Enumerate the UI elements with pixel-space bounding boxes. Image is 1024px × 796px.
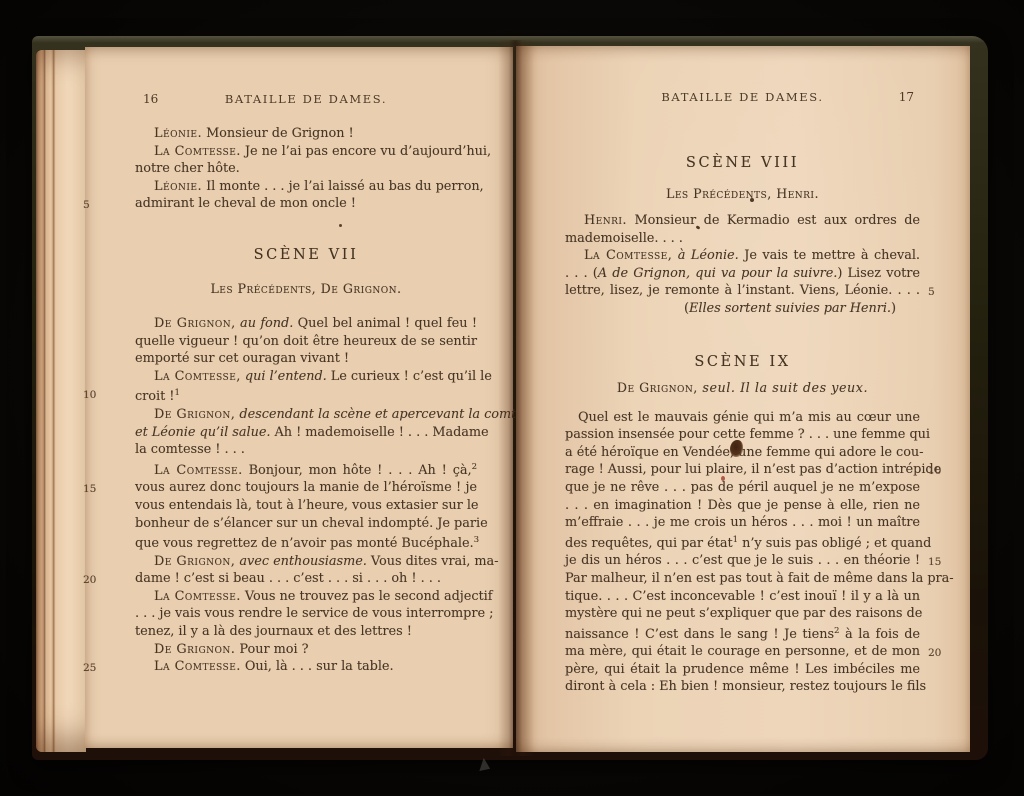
cast-list: Les Précédents, De Grignon. (135, 280, 477, 297)
text-line: que je ne rêve . . . pas de péril auquel… (565, 479, 920, 497)
text-run: Je vais te mettre à cheval. (739, 248, 920, 263)
text-line: La Comtesse. Bonjour, mon hôte ! . . . A… (135, 459, 477, 480)
text-line: tenez, il y a là des journaux et des let… (135, 623, 477, 641)
spacer (565, 202, 920, 212)
text-run: au fond. (236, 316, 294, 331)
text-run: a été héroïque en Vendée, une femme qui … (565, 445, 924, 460)
text-run: Je ne l’ai pas encore vu d’aujourd’hui, (241, 144, 491, 159)
text-line: quelle vigueur ! qu’on doit être heureux… (135, 333, 477, 351)
spacer (565, 173, 920, 185)
text-line: 5admirant le cheval de mon oncle ! (135, 195, 477, 213)
print-spot (339, 224, 342, 227)
spacer (565, 396, 920, 409)
line-number: 15 (928, 554, 962, 572)
text-run: . . . ( (565, 266, 598, 281)
text-run: père, qui était la prudence même ! Les i… (565, 662, 920, 677)
text-run: Les Précédents, De Grignon. (210, 281, 401, 296)
scene-heading: SCÈNE IX (565, 352, 920, 372)
left-page-body: Léonie. Monsieur de Grignon !La Comtesse… (135, 125, 477, 676)
line-number: 20 (928, 645, 962, 663)
line-number: 10 (83, 387, 121, 405)
text-run: Henri. (584, 213, 627, 228)
text-run: des requêtes, qui par état (565, 536, 733, 551)
text-run: bonheur de s’élancer sur un cheval indom… (135, 516, 488, 531)
text-run: 3 (474, 535, 479, 545)
running-title-left: BATAILLE DE DAMES. (135, 92, 477, 106)
text-line: La Comtesse, qui l’entend. Le curieux ! … (135, 368, 477, 386)
text-line: De Grignon, descendant la scène et aperc… (135, 406, 477, 424)
text-line: De Grignon, avec enthousiasme. Vous dite… (135, 553, 477, 571)
text-line: 10croit !1 (135, 385, 477, 406)
text-run: SCÈNE VII (254, 247, 359, 263)
text-run: notre cher hôte. (135, 161, 240, 176)
right-page: BATAILLE DE DAMES. 17 SCÈNE VIIILes Préc… (516, 46, 970, 752)
text-line: 15je dis un héros . . . c’est que je le … (565, 552, 920, 570)
text-run: A de Grignon, qui va pour la suivre. (598, 266, 838, 281)
text-run: ma mère, qui était le courage en personn… (565, 644, 920, 659)
text-line: m’effraie . . . je me crois un héros . .… (565, 514, 920, 532)
text-run: ) (891, 301, 896, 316)
text-run: Pour moi ? (235, 642, 308, 657)
text-run: à la fois de (839, 627, 920, 642)
text-run: . . . en imagination ! Dès que je pense … (565, 498, 920, 513)
text-run: Vous dites vrai, ma- (367, 554, 499, 569)
left-page: 16 BATAILLE DE DAMES. Léonie. Monsieur d… (85, 47, 513, 748)
text-run: vous aurez donc toujours la manie de l’h… (135, 480, 477, 495)
text-line: La Comtesse, à Léonie. Je vais te mettre… (565, 247, 920, 265)
text-run: La Comtesse. (154, 589, 241, 604)
text-line: naissance ! C’est dans le sang ! Je tien… (565, 623, 920, 644)
text-line: . . . je vais vous rendre le service de … (135, 605, 477, 623)
text-run: De Grignon, (154, 316, 236, 331)
text-line: (Elles sortent suivies par Henri.) (565, 300, 920, 318)
text-run: Bonjour, mon hôte ! . . . Ah ! çà, (243, 463, 472, 478)
text-line: père, qui était la prudence même ! Les i… (565, 661, 920, 679)
text-run: Quel est le mauvais génie qui m’a mis au… (578, 410, 920, 425)
text-run: et Léonie qu’il salue. (135, 425, 270, 440)
text-line: Henri. Monsieur de Kermadio est aux ordr… (565, 212, 920, 230)
text-run: m’effraie . . . je me crois un héros . .… (565, 515, 920, 530)
page-edge-stack (36, 50, 86, 752)
running-title-right: BATAILLE DE DAMES. (565, 90, 920, 104)
spacer (135, 297, 477, 315)
ink-blot (730, 440, 743, 457)
spacer (135, 265, 477, 280)
text-run: Par malheur, il n’en est pas tout à fait… (565, 571, 954, 586)
text-line: 15vous aurez donc toujours la manie de l… (135, 479, 477, 497)
text-run: De Grignon, (154, 407, 235, 422)
text-line: passion insensée pour cette femme ? . . … (565, 426, 920, 444)
book-photo: 16 BATAILLE DE DAMES. Léonie. Monsieur d… (0, 0, 1024, 796)
line-number: 25 (83, 660, 121, 678)
text-line: 20ma mère, qui était le courage en perso… (565, 643, 920, 661)
text-run: descendant la scène et apercevant la com… (235, 407, 544, 422)
text-line: que vous regrettez de n’avoir pas monté … (135, 532, 477, 553)
text-run: Léonie. (154, 179, 202, 194)
scene-heading: SCÈNE VII (135, 245, 477, 265)
text-run: Elles sortent suivies par Henri. (689, 301, 891, 316)
text-run: seul. Il la suit des yeux. (698, 380, 868, 395)
text-run: qui l’entend. (241, 369, 327, 384)
spacer (135, 213, 477, 245)
scene-heading: SCÈNE VIII (565, 153, 920, 173)
text-run: mystère qui ne peut s’expliquer que par … (565, 606, 922, 621)
text-run: n’y suis pas obligé ; et quand (738, 536, 931, 551)
text-run: que je ne rêve . . . pas de péril auquel… (565, 480, 920, 495)
text-run: Oui, là . . . sur la table. (241, 659, 394, 674)
text-run: diront à cela : Eh bien ! monsieur, rest… (565, 679, 926, 694)
text-run: vous entendais là, tout à l’heure, vous … (135, 498, 478, 513)
text-line: 5lettre, lisez, je remonte à l’instant. … (565, 282, 920, 300)
text-line: diront à cela : Eh bien ! monsieur, rest… (565, 678, 920, 696)
text-run: Les Précédents, Henri. (666, 186, 819, 201)
text-line: des requêtes, qui par état1 n’y suis pas… (565, 532, 920, 553)
text-line: et Léonie qu’il salue. Ah ! mademoiselle… (135, 424, 477, 442)
text-run: De Grignon. (154, 642, 235, 657)
text-line: tique. . . . C’est inconcevable ! c’est … (565, 588, 920, 606)
text-run: lettre, lisez, je remonte à l’instant. V… (565, 283, 920, 298)
text-run: 1 (174, 388, 179, 398)
text-line: De Grignon, au fond. Quel bel animal ! q… (135, 315, 477, 333)
text-run: tenez, il y a là des journaux et des let… (135, 624, 412, 639)
text-line: bonheur de s’élancer sur un cheval indom… (135, 515, 477, 533)
text-run: La Comtesse, (584, 248, 672, 263)
text-run: SCÈNE VIII (686, 155, 799, 171)
text-run: naissance ! C’est dans le sang ! Je tien… (565, 627, 834, 642)
cast-list: Les Précédents, Henri. (565, 185, 920, 202)
text-run: mademoiselle. . . . (565, 231, 683, 246)
text-run: admirant le cheval de mon oncle ! (135, 196, 356, 211)
text-line: 10rage ! Aussi, pour lui plaire, il n’es… (565, 461, 920, 479)
text-line: De Grignon. Pour moi ? (135, 641, 477, 659)
text-run: La Comtesse. (154, 463, 243, 478)
text-run: 2 (472, 462, 477, 472)
text-run: La Comtesse. (154, 144, 241, 159)
text-line: . . . (A de Grignon, qui va pour la suiv… (565, 265, 920, 283)
text-run: croit ! (135, 389, 174, 404)
text-run: Le curieux ! c’est qu’il le (327, 369, 492, 384)
text-run: Il monte . . . je l’ai laissé au bas du … (202, 179, 484, 194)
text-line: Quel est le mauvais génie qui m’a mis au… (565, 409, 920, 427)
text-run: La Comtesse. (154, 659, 241, 674)
text-run: à Léonie. (672, 248, 738, 263)
text-run: rage ! Aussi, pour lui plaire, il n’est … (565, 462, 941, 477)
cradle-mark (477, 757, 490, 771)
text-line: La Comtesse. Vous ne trouvez pas le seco… (135, 588, 477, 606)
text-run: . . . je vais vous rendre le service de … (135, 606, 493, 621)
line-number: 20 (83, 572, 121, 590)
text-run: La Comtesse, (154, 369, 241, 384)
text-run: Quel bel animal ! quel feu ! (293, 316, 477, 331)
text-run: Monsieur de Grignon ! (202, 126, 354, 141)
right-page-body: SCÈNE VIIILes Précédents, Henri.Henri. M… (565, 153, 920, 696)
spacer (565, 372, 920, 379)
text-line: Léonie. Monsieur de Grignon ! (135, 125, 477, 143)
text-run: Vous ne trouvez pas le second adjectif (241, 589, 493, 604)
text-run: SCÈNE IX (694, 354, 790, 370)
text-run: De Grignon, (154, 554, 235, 569)
text-line: vous entendais là, tout à l’heure, vous … (135, 497, 477, 515)
text-run: passion insensée pour cette femme ? . . … (565, 427, 930, 442)
spacer (565, 318, 920, 352)
cast-list: De Grignon, seul. Il la suit des yeux. (565, 379, 920, 396)
text-run: avec enthousiasme. (235, 554, 367, 569)
line-number: 10 (928, 463, 962, 481)
text-line: la comtesse ! . . . (135, 441, 477, 459)
text-line: . . . en imagination ! Dès que je pense … (565, 497, 920, 515)
line-number: 5 (928, 284, 962, 302)
text-line: Par malheur, il n’en est pas tout à fait… (565, 570, 920, 588)
text-line: mystère qui ne peut s’expliquer que par … (565, 605, 920, 623)
text-line: 20dame ! c’est si beau . . . c’est . . .… (135, 570, 477, 588)
asterisk-mark (750, 198, 754, 202)
text-run: Ah ! mademoiselle ! . . . Madame (270, 425, 488, 440)
text-run: je dis un héros . . . c’est que je le su… (565, 553, 920, 568)
text-line: mademoiselle. . . . (565, 230, 920, 248)
text-run: Léonie. (154, 126, 202, 141)
text-line: 25La Comtesse. Oui, là . . . sur la tabl… (135, 658, 477, 676)
page-number-right: 17 (899, 90, 914, 104)
line-number: 5 (83, 197, 121, 215)
text-line: Léonie. Il monte . . . je l’ai laissé au… (135, 178, 477, 196)
text-run: ) Lisez votre (837, 266, 920, 281)
text-run: quelle vigueur ! qu’on doit être heureux… (135, 334, 477, 349)
red-speck (721, 476, 725, 481)
line-number: 15 (83, 481, 121, 499)
text-run: dame ! c’est si beau . . . c’est . . . s… (135, 571, 441, 586)
text-run: Monsieur de Kermadio est aux ordres de (627, 213, 920, 228)
text-run: emporté sur cet ouragan vivant ! (135, 351, 349, 366)
text-run: la comtesse ! . . . (135, 442, 245, 457)
text-line: emporté sur cet ouragan vivant ! (135, 350, 477, 368)
text-line: notre cher hôte. (135, 160, 477, 178)
text-run: De Grignon, (617, 380, 698, 395)
text-line: La Comtesse. Je ne l’ai pas encore vu d’… (135, 143, 477, 161)
text-run: que vous regrettez de n’avoir pas monté … (135, 536, 474, 551)
text-run: tique. . . . C’est inconcevable ! c’est … (565, 589, 920, 604)
